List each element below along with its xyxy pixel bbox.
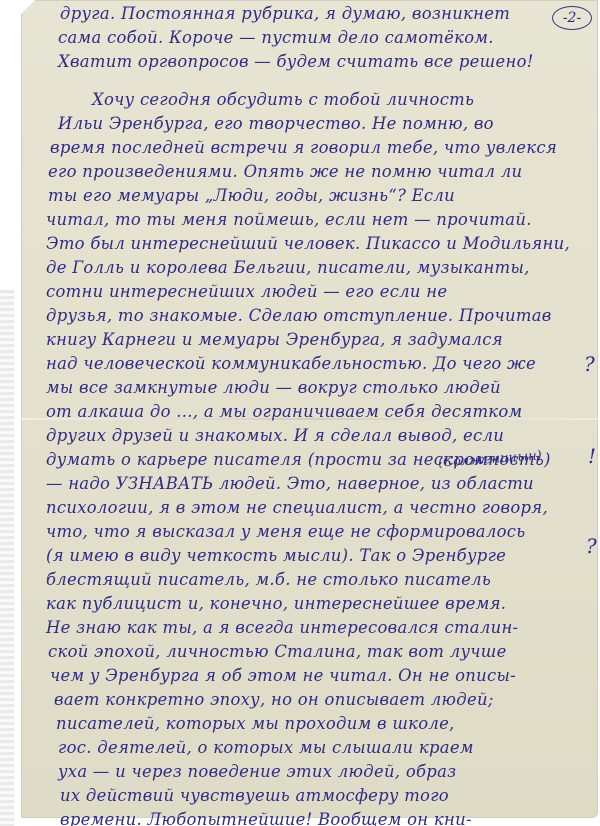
text-line: — надо УЗНАВАТЬ людей. Это, наверное, из… xyxy=(46,474,534,493)
text-line: вает конкретно эпоху, но он описывает лю… xyxy=(54,690,494,709)
text-line: Хватит оргвопросов — будем считать все р… xyxy=(58,52,534,71)
text-line: сотни интереснейших людей — его если не xyxy=(46,282,447,301)
text-line: его произведениями. Опять же не помню чи… xyxy=(48,162,522,181)
text-line: читал, то ты меня поймешь, если нет — пр… xyxy=(46,210,532,229)
text-line: от алкаша до ..., а мы ограничиваем себя… xyxy=(46,402,522,421)
text-line: друзья, то знакомые. Сделаю отступление.… xyxy=(46,306,552,325)
text-line: де Голль и королева Бельгии, писатели, м… xyxy=(46,258,530,277)
text-line: время последней встречи я говорил тебе, … xyxy=(50,138,557,157)
text-line: других друзей и знакомых. И я сделал выв… xyxy=(46,426,504,445)
text-line: что, что я высказал у меня еще не сформи… xyxy=(46,522,525,541)
text-line: их действий чувствуешь атмосферу того xyxy=(60,786,449,805)
text-line: Ильи Эренбурга, его творчество. Не помню… xyxy=(58,114,494,133)
margin-question-mark: ? xyxy=(586,534,597,558)
text-line: над человеческой коммуникабельностью. До… xyxy=(46,354,536,373)
text-line: блестящий писатель, м.б. не столько писа… xyxy=(46,570,491,589)
text-line: Не знаю как ты, а я всегда интересовался… xyxy=(46,618,518,637)
text-line: времени. Любопытнейшие! Вообщем он кни- xyxy=(60,810,472,826)
folded-corner xyxy=(21,0,35,14)
text-line: книгу Карнеги и мемуары Эренбурга, я зад… xyxy=(46,330,503,349)
margin-question-mark: ? xyxy=(584,352,595,376)
text-line: мы все замкнутые люди — вокруг столько л… xyxy=(46,378,501,397)
text-line: сама собой. Короче — пустим дело самотёк… xyxy=(58,28,494,47)
text-line: (я имею в виду четкость мысли). Так о Эр… xyxy=(46,546,506,565)
margin-exclamation-mark: ! xyxy=(588,444,596,468)
text-line: как публицист и, конечно, интереснейшее … xyxy=(46,594,506,613)
text-line: гос. деятелей, о которых мы слышали крае… xyxy=(58,738,474,757)
text-line: ты его мемуары „Люди, годы, жизнь“? Если xyxy=(48,186,455,205)
text-line: ской эпохой, личностью Сталина, так вот … xyxy=(48,642,507,661)
scan-edge-artifact xyxy=(0,290,14,826)
text-line: уха — и через поведение этих людей, обра… xyxy=(58,762,456,781)
page-number: -2- xyxy=(552,6,592,30)
text-line: психологии, я в этом не специалист, а че… xyxy=(46,498,548,517)
text-line: Хочу сегодня обсудить с тобой личность xyxy=(92,90,474,109)
text-line: чем у Эренбурга я об этом не читал. Он н… xyxy=(50,666,516,685)
text-line: друга. Постоянная рубрика, я думаю, возн… xyxy=(60,4,510,23)
text-line: писателей, которых мы проходим в школе, xyxy=(56,714,455,733)
text-line: Это был интереснейший человек. Пикассо и… xyxy=(46,234,570,253)
